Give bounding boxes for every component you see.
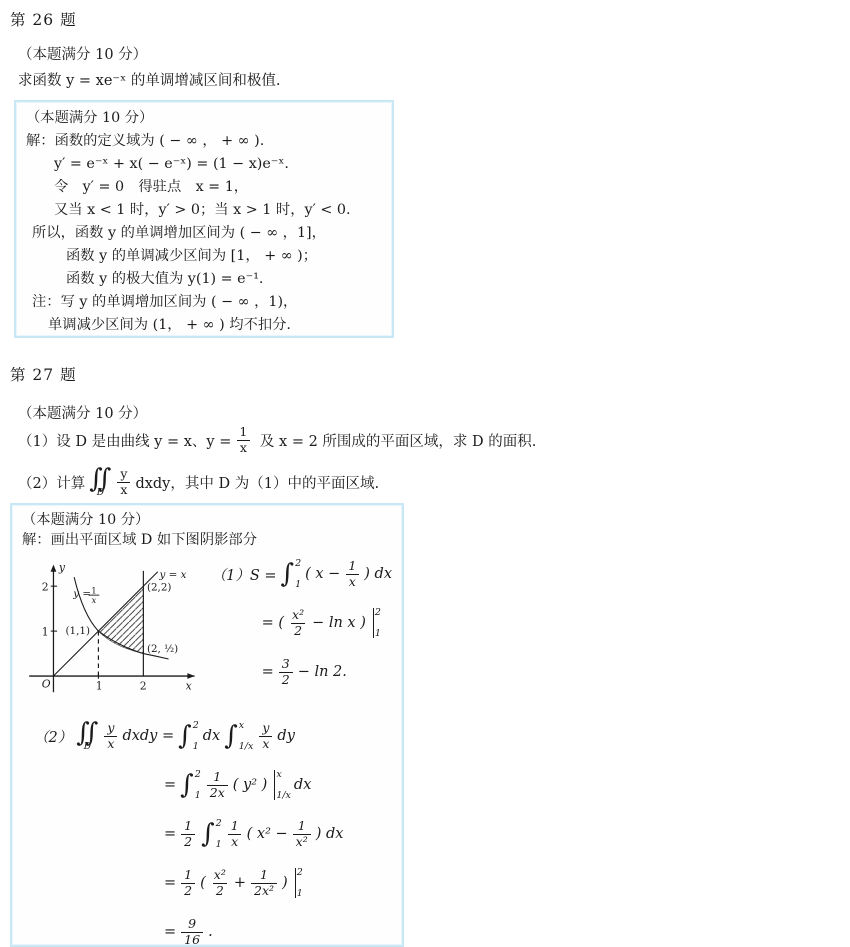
q27-solution-box: （本题满分 10 分） 解：画出平面区域 D 如下图阴影部分	[10, 503, 404, 947]
curve-label-eq: y =	[72, 588, 91, 600]
solution-line: 注：写 y 的单调增加区间为 ( − ∞ ，1)，	[32, 291, 382, 314]
solution-line: 又当 x < 1 时，y′ > 0；当 x > 1 时，y′ < 0.	[54, 199, 382, 222]
solution-line: 单调减少区间为 (1， + ∞ ) 均不扣分.	[48, 314, 382, 337]
solution-line: 解：函数的定义域为 ( − ∞ ， + ∞ ).	[26, 130, 382, 153]
q27-part1: （1）设 D 是由曲线 y = x、y =1x 及 x = 2 所围成的平面区域…	[18, 420, 536, 460]
q26-number: 第 26 题	[10, 8, 77, 30]
region-plot: y x O 1 2 1 2 y = x y = 1 x (1,1) (2,2) …	[22, 551, 204, 713]
q26-question: 求函数 y = xe⁻ˣ 的单调增减区间和极值.	[18, 69, 280, 90]
formula-part1-block: （1）S =∫21( x −1x) dx = (x²2− ln x )21 =3…	[212, 551, 392, 700]
q26-solution-box: （本题满分 10 分） 解：函数的定义域为 ( − ∞ ， + ∞ ). y′ …	[14, 100, 394, 338]
y-tick-2-label: 2	[42, 581, 49, 594]
shaded-region-D	[98, 586, 143, 653]
point-2-2-label: (2,2)	[147, 582, 171, 594]
x-axis-arrow	[187, 673, 194, 679]
solution-line: 令 y′ = 0 得驻点 x = 1，	[54, 176, 382, 199]
curve-label-denominator: x	[92, 596, 97, 606]
formula-line: =12(x²2+12x²)21	[164, 862, 392, 904]
q26-score: （本题满分 10 分）	[18, 43, 147, 64]
point-2-half-label: (2, ½)	[147, 643, 178, 655]
curve-label: y = 1 x	[72, 586, 99, 606]
y-tick-1-label: 1	[42, 626, 49, 639]
formula-line: （2）∬Dyxdxdy =∫21dx∫x1/xyxdy	[34, 715, 392, 757]
q27-solution-score: （本题满分 10 分）	[22, 510, 392, 530]
q27-number: 第 27 题	[10, 363, 77, 385]
formula-line: =∫2112x( y² )x1/xdx	[164, 764, 392, 806]
formula-line: = (x²2− ln x )21	[262, 602, 392, 644]
line-y-equals-x-label: y = x	[159, 569, 187, 581]
point-1-1-label: (1,1)	[65, 625, 89, 637]
formula-line: （1）S =∫21( x −1x) dx	[212, 553, 392, 595]
formula-part2-block: （2）∬Dyxdxdy =∫21dx∫x1/xyxdy =∫2112x( y² …	[34, 715, 392, 947]
formula-line: =32− ln 2.	[262, 651, 392, 693]
scanned-exam-page: { "doc": { "q26": { "number": "第 26 题", …	[0, 0, 850, 947]
q26-solution-score: （本题满分 10 分）	[26, 107, 382, 130]
solution-line: 函数 y 的单调减少区间为 [1， + ∞ )；	[66, 245, 382, 268]
y-axis-label: y	[58, 561, 66, 574]
formula-line: =916.	[164, 911, 392, 947]
y-axis-arrow	[51, 565, 57, 572]
q27-solution-intro: 解：画出平面区域 D 如下图阴影部分	[22, 530, 392, 551]
x-axis-label: x	[186, 680, 192, 693]
solution-line: y′ = e⁻ˣ + x( − e⁻ˣ) = (1 − x)e⁻ˣ.	[54, 153, 382, 176]
formula-line: =12∫211x( x² −1x²) dx	[164, 813, 392, 855]
x-tick-2-label: 2	[140, 680, 147, 693]
solution-line: 函数 y 的极大值为 y(1) = e⁻¹.	[66, 268, 382, 291]
x-tick-1-label: 1	[96, 680, 103, 693]
solution-line: 所以，函数 y 的单调增加区间为 ( − ∞ ，1]，	[32, 222, 382, 245]
origin-label: O	[42, 678, 51, 691]
q27-part2: （2）计算∬Dyxdxdy，其中 D 为（1）中的平面区域.	[18, 462, 379, 502]
